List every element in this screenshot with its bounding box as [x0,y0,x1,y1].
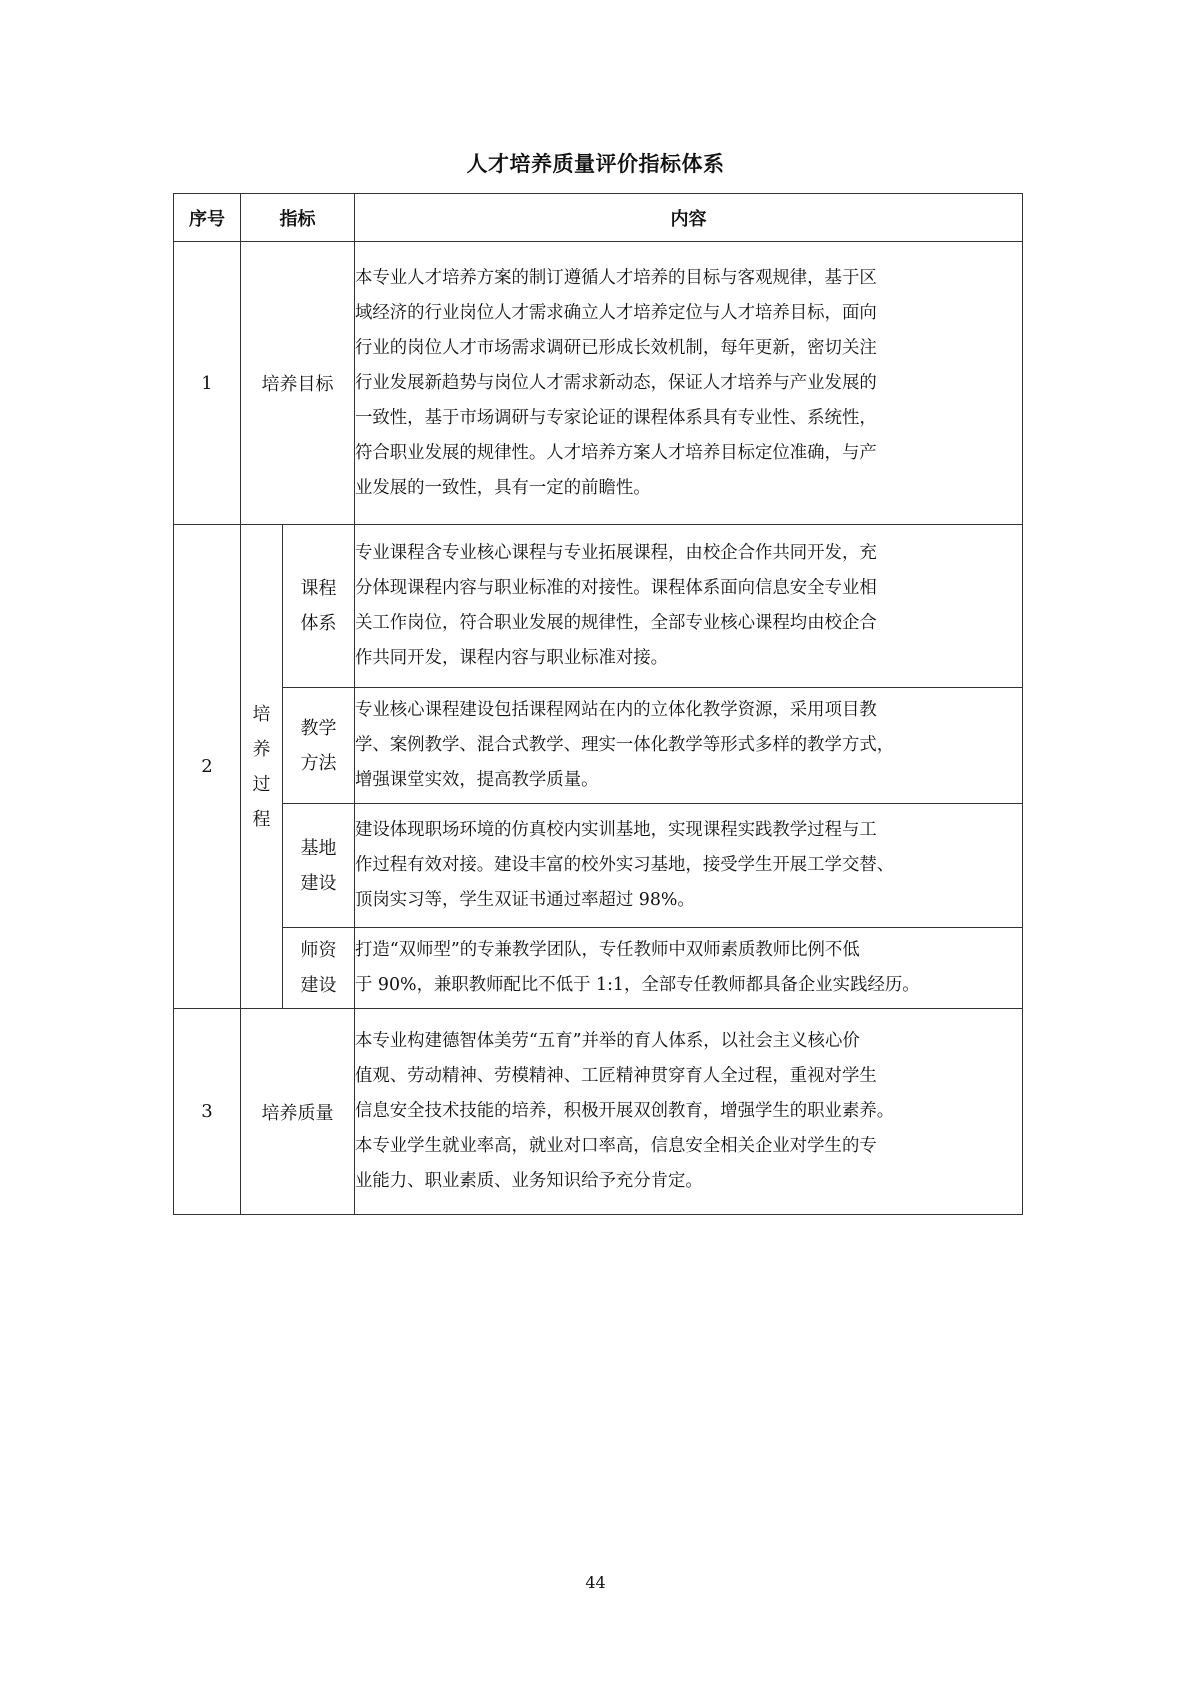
row-indicator: 培养质量 [241,1009,355,1215]
header-number: 序号 [174,194,241,242]
content-line: 本专业学生就业率高，就业对口率高，信息安全相关企业对学生的专 [355,1129,1022,1164]
content-line: 专业核心课程建设包括课程网站在内的立体化教学资源，采用项目教 [355,693,1022,728]
table-row: 1 培养目标 本专业人才培养方案的制订遵循人才培养的目标与客观规律，基于区 域经… [174,242,1023,525]
content-line: 业发展的一致性，具有一定的前瞻性。 [355,471,1022,506]
sub-indicator-line: 师资 [283,933,354,968]
row-content: 本专业构建德智体美劳“五育”并举的育人体系，以社会主义核心价 值观、劳动精神、劳… [355,1009,1023,1215]
sub-indicator: 课程 体系 [283,525,355,688]
content-line: 行业的岗位人才市场需求调研已形成长效机制，每年更新，密切关注 [355,331,1022,366]
content-line: 值观、劳动精神、劳模精神、工匠精神贯穿育人全过程，重视对学生 [355,1059,1022,1094]
content-line: 增强课堂实效，提高教学质量。 [355,763,1022,798]
table-row: 师资 建设 打造“双师型”的专兼教学团队，专任教师中双师素质教师比例不低 于 9… [174,928,1023,1009]
content-line: 域经济的行业岗位人才需求确立人才培养定位与人才培养目标，面向 [355,296,1022,331]
document-title: 人才培养质量评价指标体系 [0,148,1191,178]
content-line: 作过程有效对接。建设丰富的校外实习基地，接受学生开展工学交替、 [355,848,1022,883]
content-line: 作共同开发，课程内容与职业标准对接。 [355,641,1022,676]
sub-indicator: 师资 建设 [283,928,355,1009]
row-number: 3 [174,1009,241,1215]
content-line: 符合职业发展的规律性。人才培养方案人才培养目标定位准确，与产 [355,436,1022,471]
sub-content: 打造“双师型”的专兼教学团队，专任教师中双师素质教师比例不低 于 90%，兼职教… [355,928,1023,1009]
content-line: 于 90%，兼职教师配比不低于 1:1，全部专任教师都具备企业实践经历。 [355,968,1022,1003]
page-number: 44 [0,1573,1191,1592]
row-number: 1 [174,242,241,525]
sub-indicator: 基地 建设 [283,804,355,928]
content-line: 分体现课程内容与职业标准的对接性。课程体系面向信息安全专业相 [355,571,1022,606]
row-number: 2 [174,525,241,1009]
row-indicator: 培养目标 [241,242,355,525]
sub-indicator-line: 建设 [283,866,354,901]
sub-content: 专业课程含专业核心课程与专业拓展课程，由校企合作共同开发，充 分体现课程内容与职… [355,525,1023,688]
content-line: 业能力、职业素质、业务知识给予充分肯定。 [355,1164,1022,1199]
evaluation-index-table: 序号 指标 内容 1 培养目标 本专业人才培养方案的制订遵循人才培养的目标与客观… [173,193,1023,1215]
indicator-char: 过 [241,767,282,802]
sub-content: 建设体现职场环境的仿真校内实训基地，实现课程实践教学过程与工 作过程有效对接。建… [355,804,1023,928]
content-line: 一致性，基于市场调研与专家论证的课程体系具有专业性、系统性， [355,401,1022,436]
content-line: 建设体现职场环境的仿真校内实训基地，实现课程实践教学过程与工 [355,813,1022,848]
row-indicator-vertical: 培 养 过 程 [241,525,283,1009]
table-row: 3 培养质量 本专业构建德智体美劳“五育”并举的育人体系，以社会主义核心价 值观… [174,1009,1023,1215]
content-line: 信息安全技术技能的培养，积极开展双创教育，增强学生的职业素养。 [355,1094,1022,1129]
table-header-row: 序号 指标 内容 [174,194,1023,242]
sub-indicator-line: 基地 [283,831,354,866]
sub-indicator-line: 课程 [283,571,354,606]
sub-content: 专业核心课程建设包括课程网站在内的立体化教学资源，采用项目教 学、案例教学、混合… [355,688,1023,804]
row-content: 本专业人才培养方案的制订遵循人才培养的目标与客观规律，基于区 域经济的行业岗位人… [355,242,1023,525]
indicator-char: 程 [241,802,282,837]
content-line: 学、案例教学、混合式教学、理实一体化教学等形式多样的教学方式， [355,728,1022,763]
sub-indicator: 教学 方法 [283,688,355,804]
sub-indicator-line: 教学 [283,711,354,746]
content-line: 本专业人才培养方案的制订遵循人才培养的目标与客观规律，基于区 [355,261,1022,296]
header-content: 内容 [355,194,1023,242]
table-row: 2 培 养 过 程 课程 体系 专业课程含专业核心课程与专业拓展课程，由校企合作… [174,525,1023,688]
header-indicator: 指标 [241,194,355,242]
table-row: 基地 建设 建设体现职场环境的仿真校内实训基地，实现课程实践教学过程与工 作过程… [174,804,1023,928]
content-line: 专业课程含专业核心课程与专业拓展课程，由校企合作共同开发，充 [355,536,1022,571]
content-line: 本专业构建德智体美劳“五育”并举的育人体系，以社会主义核心价 [355,1024,1022,1059]
sub-indicator-line: 体系 [283,606,354,641]
content-line: 顶岗实习等，学生双证书通过率超过 98%。 [355,883,1022,918]
content-line: 关工作岗位，符合职业发展的规律性，全部专业核心课程均由校企合 [355,606,1022,641]
sub-indicator-line: 建设 [283,968,354,1003]
indicator-char: 养 [241,732,282,767]
content-line: 行业发展新趋势与岗位人才需求新动态，保证人才培养与产业发展的 [355,366,1022,401]
sub-indicator-line: 方法 [283,746,354,781]
indicator-char: 培 [241,697,282,732]
table-row: 教学 方法 专业核心课程建设包括课程网站在内的立体化教学资源，采用项目教 学、案… [174,688,1023,804]
content-line: 打造“双师型”的专兼教学团队，专任教师中双师素质教师比例不低 [355,933,1022,968]
